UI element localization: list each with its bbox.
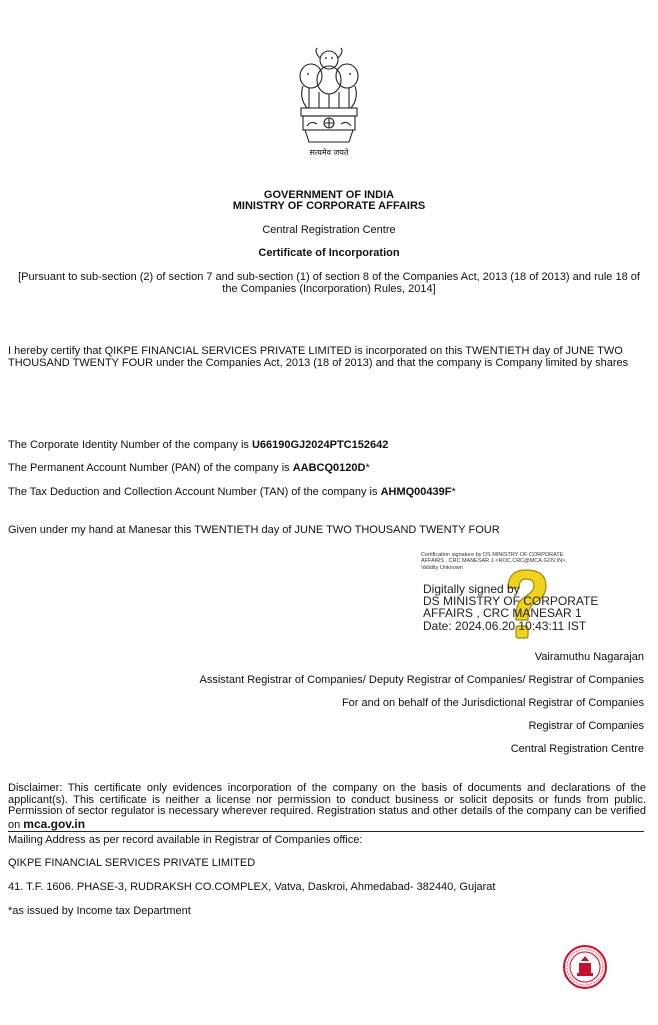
mca-website-link[interactable]: mca.gov.in xyxy=(23,817,85,831)
national-motto: सत्यमेव जयते xyxy=(0,149,658,158)
disclaimer: Disclaimer: This certificate only eviden… xyxy=(8,783,646,831)
pan-line: The Permanent Account Number (PAN) of th… xyxy=(8,462,370,474)
cin-value: U66190GJ2024PTC152642 xyxy=(252,439,388,451)
legal-basis: [Pursuant to sub-section (2) of section … xyxy=(10,271,648,296)
pan-value: AABCQ0120D xyxy=(293,462,366,474)
certificate-title: Certificate of Incorporation xyxy=(0,247,658,259)
tan-line: The Tax Deduction and Collection Account… xyxy=(8,486,456,498)
signature-line: AFFAIRS , CRC MANESAR 1 xyxy=(423,607,598,619)
signatory-role: Registrar of Companies xyxy=(528,720,644,732)
tan-asterisk: * xyxy=(451,486,455,498)
signatory-role: Assistant Registrar of Companies/ Deputy… xyxy=(200,674,644,686)
disclaimer-text: Disclaimer: This certificate only eviden… xyxy=(8,782,646,831)
company-address: 41. T.F. 1606. PHASE-3, RUDRAKSH CO.COMP… xyxy=(8,881,495,893)
mailing-address-label: Mailing Address as per record available … xyxy=(8,834,362,846)
cin-line: The Corporate Identity Number of the com… xyxy=(8,439,388,451)
cin-label: The Corporate Identity Number of the com… xyxy=(8,439,252,451)
registration-centre: Central Registration Centre xyxy=(0,224,658,236)
signature-date: Date: 2024.06.20 10:43:11 IST xyxy=(423,620,598,632)
official-seal-icon xyxy=(562,944,608,990)
signatory-role: For and on behalf of the Jurisdictional … xyxy=(342,697,644,709)
tan-value: AHMQ00439F xyxy=(381,486,452,498)
signatory-role: Central Registration Centre xyxy=(511,743,644,755)
pan-label: The Permanent Account Number (PAN) of th… xyxy=(8,462,293,474)
signatory-name: Vairamuthu Nagarajan xyxy=(535,651,644,663)
ministry-heading: MINISTRY OF CORPORATE AFFAIRS xyxy=(0,200,658,212)
footnote: *as issued by Income tax Department xyxy=(8,905,191,917)
certification-statement: I hereby certify that QIKPE FINANCIAL SE… xyxy=(8,345,648,370)
national-emblem-icon xyxy=(291,46,367,146)
given-under-hand: Given under my hand at Manesar this TWEN… xyxy=(8,524,500,536)
pan-asterisk: * xyxy=(365,462,369,474)
company-name: QIKPE FINANCIAL SERVICES PRIVATE LIMITED xyxy=(8,857,255,869)
digital-signature-block[interactable]: Digitally signed by DS MINISTRY OF CORPO… xyxy=(423,583,598,632)
divider xyxy=(8,831,644,832)
tan-label: The Tax Deduction and Collection Account… xyxy=(8,486,381,498)
